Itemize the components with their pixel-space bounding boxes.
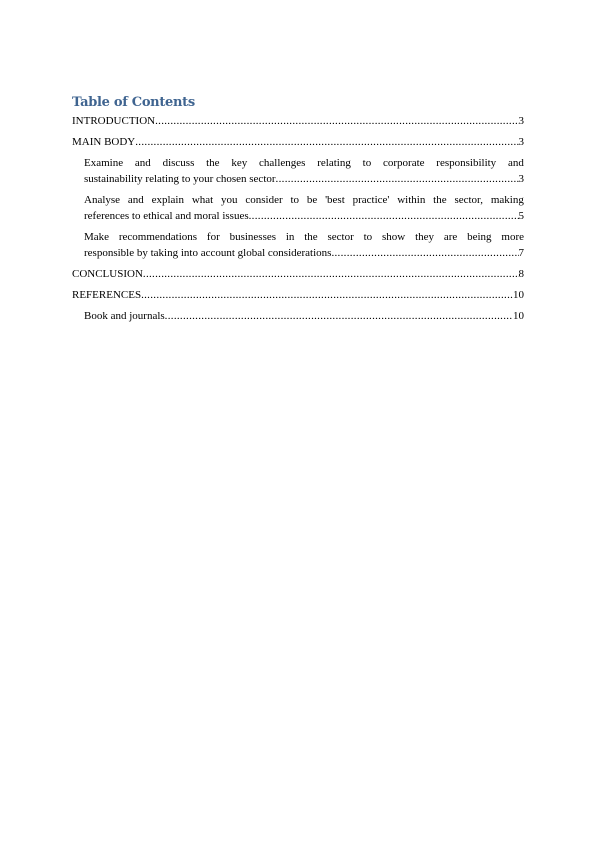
word: recommendations (119, 229, 197, 245)
word: responsibility (436, 155, 496, 171)
table-of-contents: INTRODUCTION 3 MAIN BODY 3 Examineanddis… (72, 113, 524, 329)
toc-entry-page: 10 (513, 287, 524, 303)
toc-entry-page: 8 (519, 266, 525, 282)
toc-entry-page: 3 (519, 134, 525, 150)
toc-entry-title-line1: Examineanddiscussthekeychallengesrelatin… (84, 155, 524, 171)
toc-entry-title-line1: Makerecommendationsforbusinessesinthesec… (84, 229, 524, 245)
word: Make (84, 229, 109, 245)
word: to (363, 155, 372, 171)
dot-leader (331, 245, 518, 261)
word: more (501, 229, 524, 245)
word: to (290, 192, 299, 208)
word: what (192, 192, 213, 208)
toc-entry-main-body[interactable]: MAIN BODY 3 (72, 134, 524, 150)
word: within (397, 192, 425, 208)
toc-heading: Table of Contents (72, 95, 195, 110)
toc-entry-title: Book and journals (84, 308, 165, 324)
toc-entry-introduction[interactable]: INTRODUCTION 3 (72, 113, 524, 129)
word: the (433, 192, 446, 208)
toc-entry-title-line2: responsible by taking into account globa… (84, 245, 331, 261)
toc-entry-key-challenges[interactable]: Examineanddiscussthekeychallengesrelatin… (72, 155, 524, 187)
word: and (508, 155, 524, 171)
dot-leader (143, 266, 519, 282)
word: in (286, 229, 295, 245)
dot-leader (155, 113, 518, 129)
toc-entry-page: 3 (519, 171, 525, 187)
word: discuss (163, 155, 195, 171)
word: corporate (383, 155, 425, 171)
toc-entry-page: 10 (513, 308, 524, 324)
word: sector, (454, 192, 483, 208)
dot-leader (276, 171, 519, 187)
toc-entry-page: 7 (519, 245, 525, 261)
word: and (135, 155, 151, 171)
toc-entry-title: MAIN BODY (72, 134, 135, 150)
word: to (364, 229, 373, 245)
word: 'best (325, 192, 345, 208)
word: practice' (353, 192, 390, 208)
toc-entry-title: INTRODUCTION (72, 113, 155, 129)
word: they (415, 229, 434, 245)
toc-entry-page: 3 (519, 113, 525, 129)
word: and (128, 192, 144, 208)
word: Analyse (84, 192, 120, 208)
toc-entry-title: CONCLUSION (72, 266, 143, 282)
document-page: Table of Contents INTRODUCTION 3 MAIN BO… (0, 0, 596, 842)
dot-leader (141, 287, 513, 303)
word: are (444, 229, 457, 245)
word: show (382, 229, 405, 245)
word: relating (317, 155, 351, 171)
toc-entry-title-line2: sustainability relating to your chosen s… (84, 171, 276, 187)
word: consider (245, 192, 282, 208)
toc-entry-title-line1: Analyseandexplainwhatyouconsidertobe'bes… (84, 192, 524, 208)
word: making (491, 192, 524, 208)
word: key (231, 155, 247, 171)
word: the (206, 155, 219, 171)
word: businesses (230, 229, 276, 245)
toc-entry-recommendations[interactable]: Makerecommendationsforbusinessesinthesec… (72, 229, 524, 261)
word: being (467, 229, 491, 245)
toc-entry-page: 5 (519, 208, 525, 224)
toc-entry-title: REFERENCES (72, 287, 141, 303)
word: Examine (84, 155, 123, 171)
toc-entry-best-practice[interactable]: Analyseandexplainwhatyouconsidertobe'bes… (72, 192, 524, 224)
word: you (221, 192, 238, 208)
word: the (304, 229, 317, 245)
word: be (307, 192, 317, 208)
dot-leader (165, 308, 513, 324)
toc-entry-title-line2: references to ethical and moral issues (84, 208, 249, 224)
word: for (207, 229, 220, 245)
word: sector (328, 229, 354, 245)
dot-leader (135, 134, 518, 150)
toc-entry-conclusion[interactable]: CONCLUSION 8 (72, 266, 524, 282)
toc-entry-references[interactable]: REFERENCES 10 (72, 287, 524, 303)
word: challenges (259, 155, 305, 171)
word: explain (152, 192, 184, 208)
dot-leader (249, 208, 519, 224)
toc-entry-book-and-journals[interactable]: Book and journals 10 (72, 308, 524, 324)
